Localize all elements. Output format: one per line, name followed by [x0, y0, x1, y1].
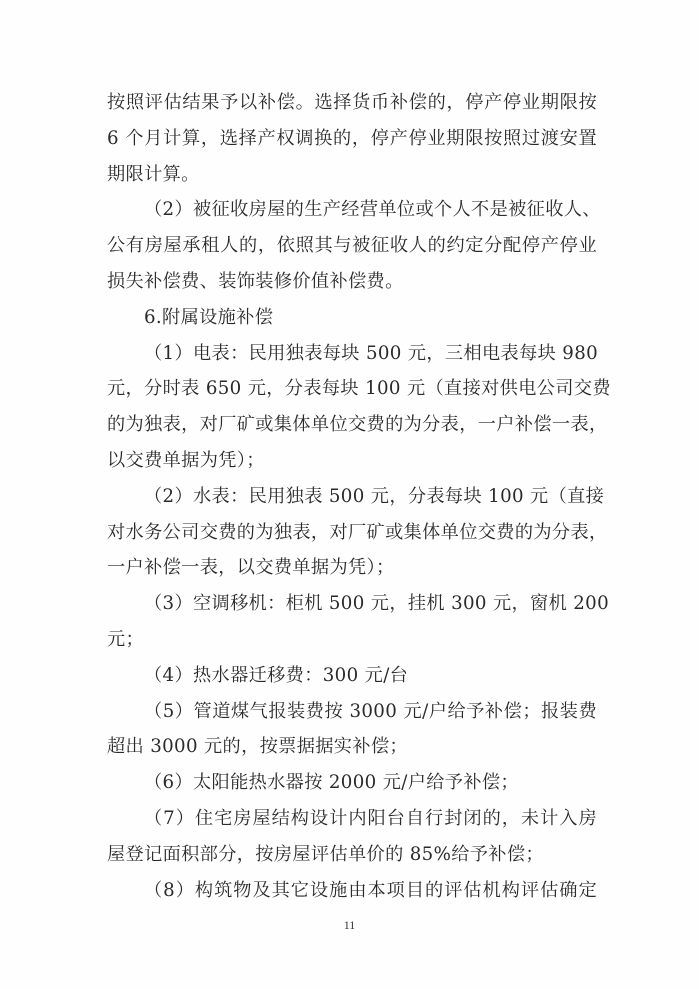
text-line: 元； [107, 622, 597, 658]
text-line: （1）电表：民用独表每块 500 元，三相电表每块 980 [107, 336, 597, 372]
body-text: 按照评估结果予以补偿。选择货币补偿的，停产停业期限按 6 个月计算，选择产权调换… [107, 85, 597, 908]
text-line: （2）水表：民用独表 500 元，分表每块 100 元（直接 [107, 479, 597, 515]
text-line: 损失补偿费、装饰装修价值补偿费。 [107, 264, 597, 300]
document-page: 按照评估结果予以补偿。选择货币补偿的，停产停业期限按 6 个月计算，选择产权调换… [0, 0, 699, 989]
text-line: （5）管道煤气报装费按 3000 元/户给予补偿；报装费 [107, 694, 597, 730]
text-line: （8）构筑物及其它设施由本项目的评估机构评估确定 [107, 873, 597, 909]
text-line: （7）住宅房屋结构设计内阳台自行封闭的，未计入房 [107, 801, 597, 837]
text-line: 公有房屋承租人的，依照其与被征收人的约定分配停产停业 [107, 228, 597, 264]
page-number: 11 [0, 918, 699, 933]
text-line: 的为独表，对厂矿或集体单位交费的为分表，一户补偿一表， [107, 407, 597, 443]
text-line: （2）被征收房屋的生产经营单位或个人不是被征收人、 [107, 192, 597, 228]
text-line: 以交费单据为凭）； [107, 443, 597, 479]
text-line: 6 个月计算，选择产权调换的，停产停业期限按照过渡安置 [107, 121, 597, 157]
text-line: （6）太阳能热水器按 2000 元/户给予补偿； [107, 765, 597, 801]
text-line: 期限计算。 [107, 157, 597, 193]
text-line: （4）热水器迁移费：300 元/台 [107, 658, 597, 694]
text-line: （3）空调移机：柜机 500 元，挂机 300 元，窗机 200 [107, 586, 597, 622]
text-line: 元，分时表 650 元，分表每块 100 元（直接对供电公司交费 [107, 371, 597, 407]
text-line: 按照评估结果予以补偿。选择货币补偿的，停产停业期限按 [107, 85, 597, 121]
section-heading: 6.附属设施补偿 [107, 300, 597, 336]
text-line: 屋登记面积部分，按房屋评估单价的 85%给予补偿； [107, 837, 597, 873]
text-line: 对水务公司交费的为独表，对厂矿或集体单位交费的为分表， [107, 515, 597, 551]
text-line: 一户补偿一表，以交费单据为凭）； [107, 550, 597, 586]
text-line: 超出 3000 元的，按票据据实补偿； [107, 729, 597, 765]
